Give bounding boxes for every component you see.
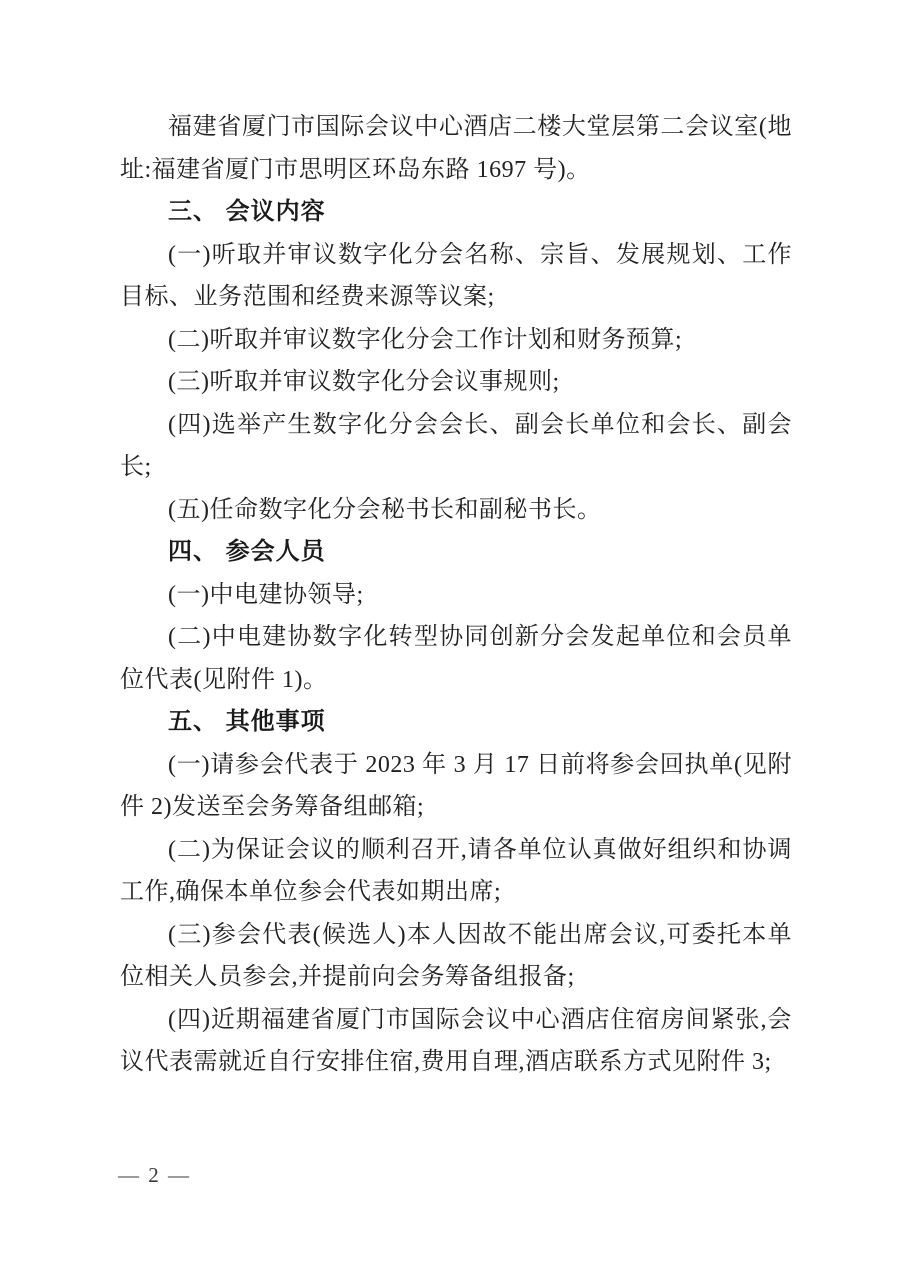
body-paragraph-other-3: (三)参会代表(候选人)本人因故不能出席会议,可委托本单位相关人员参会,并提前向…: [120, 914, 792, 999]
body-paragraph-other-4: (四)近期福建省厦门市国际会议中心酒店住宿房间紧张,会议代表需就近自行安排住宿,…: [120, 999, 792, 1084]
body-paragraph-attendee-1: (一)中电建协领导;: [120, 574, 792, 617]
body-paragraph-item-4: (四)选举产生数字化分会会长、副会长单位和会长、副会长;: [120, 404, 792, 489]
body-paragraph-item-3: (三)听取并审议数字化分会议事规则;: [120, 361, 792, 404]
body-paragraph-item-2: (二)听取并审议数字化分会工作计划和财务预算;: [120, 319, 792, 362]
body-paragraph-item-5: (五)任命数字化分会秘书长和副秘书长。: [120, 489, 792, 532]
body-paragraph-item-1: (一)听取并审议数字化分会名称、宗旨、发展规划、工作目标、业务范围和经费来源等议…: [120, 234, 792, 319]
body-paragraph-attendee-2: (二)中电建协数字化转型协同创新分会发起单位和会员单位代表(见附件 1)。: [120, 616, 792, 701]
page-number: — 2 —: [118, 1163, 191, 1188]
section-heading-3-contents: 三、 会议内容: [120, 191, 792, 234]
body-paragraph-other-1: (一)请参会代表于 2023 年 3 月 17 日前将参会回执单(见附件 2)发…: [120, 744, 792, 829]
body-paragraph-venue: 福建省厦门市国际会议中心酒店二楼大堂层第二会议室(地址:福建省厦门市思明区环岛东…: [120, 106, 792, 191]
document-body: 福建省厦门市国际会议中心酒店二楼大堂层第二会议室(地址:福建省厦门市思明区环岛东…: [120, 106, 792, 1084]
section-heading-5-other: 五、 其他事项: [120, 701, 792, 744]
section-heading-4-attendees: 四、 参会人员: [120, 531, 792, 574]
document-page: 福建省厦门市国际会议中心酒店二楼大堂层第二会议室(地址:福建省厦门市思明区环岛东…: [0, 0, 900, 1272]
body-paragraph-other-2: (二)为保证会议的顺利召开,请各单位认真做好组织和协调工作,确保本单位参会代表如…: [120, 829, 792, 914]
